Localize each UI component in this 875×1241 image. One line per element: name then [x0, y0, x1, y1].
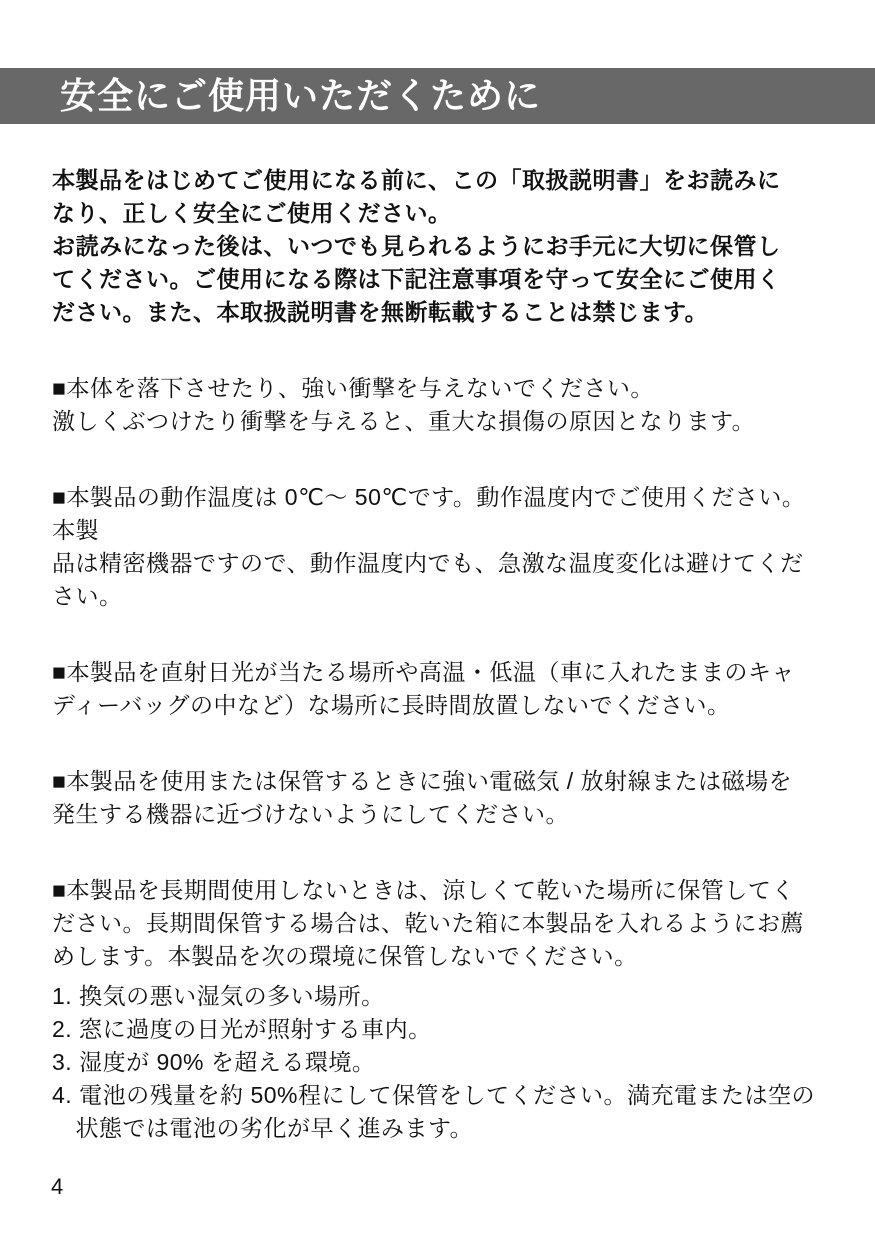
- page-title: 安全にご使用いただくために: [60, 78, 541, 114]
- caution-impact: ■本体を落下させたり、強い衝撃を与えないでください。 激しくぶつけたり衝撃を与え…: [52, 372, 824, 438]
- intro-paragraph: 本製品をはじめてご使用になる前に、この「取扱説明書」をお読みに なり、正しく安全…: [52, 164, 824, 329]
- storage-condition-4: 4. 電池の残量を約 50%程にして保管をしてください。満充電または空の 状態で…: [52, 1079, 824, 1145]
- page-number: 4: [51, 1174, 63, 1200]
- storage-conditions-list: 1. 換気の悪い湿気の多い場所。 2. 窓に過度の日光が照射する車内。 3. 湿…: [52, 980, 824, 1145]
- section-title-bar: 安全にご使用いただくために: [0, 68, 875, 124]
- storage-condition-3: 3. 湿度が 90% を超える環境。: [52, 1046, 824, 1079]
- storage-condition-1: 1. 換気の悪い湿気の多い場所。: [52, 980, 824, 1013]
- caution-direct-sunlight: ■本製品を直射日光が当たる場所や高温・低温（車に入れたままのキャ ディーバッグの…: [52, 656, 824, 722]
- caution-long-term-storage: ■本製品を長期間使用しないときは、涼しくて乾いた場所に保管してく ださい。長期間…: [52, 874, 824, 973]
- page-content: 本製品をはじめてご使用になる前に、この「取扱説明書」をお読みに なり、正しく安全…: [52, 124, 824, 1145]
- storage-condition-2: 2. 窓に過度の日光が照射する車内。: [52, 1013, 824, 1046]
- caution-operating-temperature: ■本製品の動作温度は 0℃～ 50℃です。動作温度内でご使用ください。本製 品は…: [52, 481, 824, 613]
- manual-page: 安全にご使用いただくために 本製品をはじめてご使用になる前に、この「取扱説明書」…: [0, 0, 875, 1241]
- caution-electromagnetic: ■本製品を使用または保管するときに強い電磁気 / 放射線または磁場を 発生する機…: [52, 765, 824, 831]
